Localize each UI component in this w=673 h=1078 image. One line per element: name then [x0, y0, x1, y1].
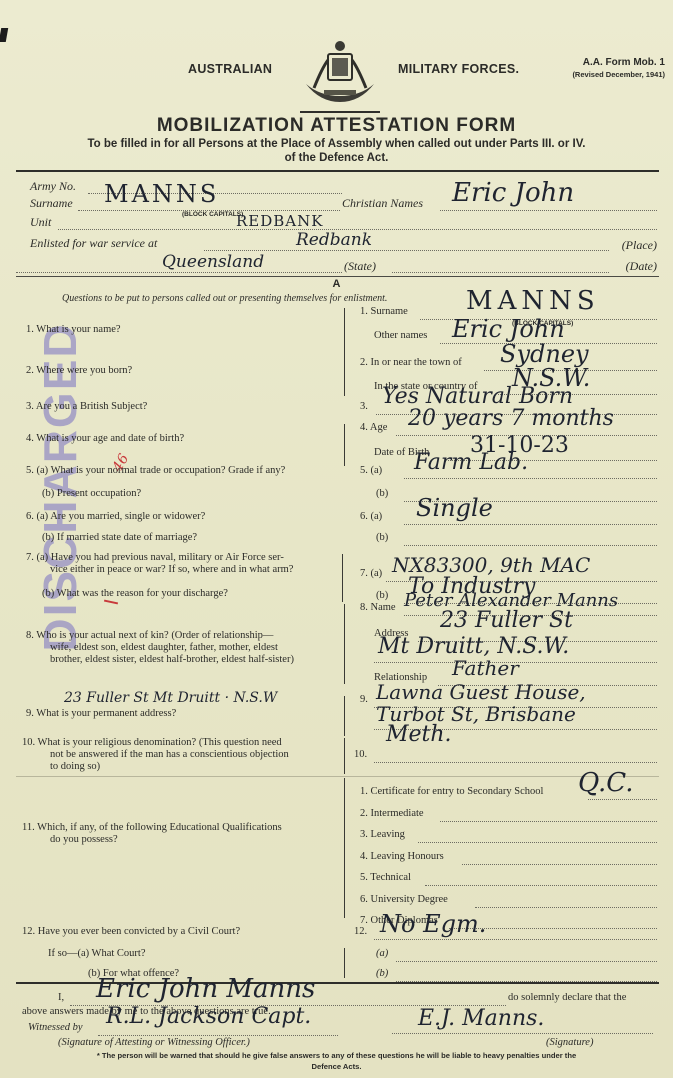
education-item-6-label: 6. University Degree [360, 894, 448, 905]
discharge-reason-label: (b) [376, 590, 388, 601]
other-names-value: Eric John [452, 315, 565, 343]
christian-names-value: Eric John [452, 178, 574, 208]
signature-value: E.J. Manns. [418, 1006, 544, 1031]
question-10-line-1: 10. What is your religious denomination?… [22, 737, 282, 748]
header-right-title: MILITARY FORCES. [398, 62, 519, 76]
surname-answer-label: 1. Surname [360, 306, 408, 317]
state-value: Queensland [162, 252, 264, 272]
header-rule [16, 170, 659, 172]
question-3: 3. Are you a British Subject? [26, 401, 147, 412]
surname-value: MANNS [104, 180, 219, 208]
british-subject-label: 3. [360, 401, 368, 412]
education-item-4-field[interactable] [462, 864, 657, 865]
religion-value: Meth. [386, 722, 452, 747]
surname-label: Surname [30, 196, 73, 211]
education-item-3-field[interactable] [418, 842, 657, 843]
question-4: 4. What is your age and date of birth? [26, 433, 184, 444]
question-2: 2. Where were you born? [26, 365, 132, 376]
army-no-label: Army No. [30, 179, 76, 194]
marital-status-value: Single [416, 494, 493, 522]
enlisted-place-field[interactable] [204, 250, 609, 251]
occupation-value: Farm Lab. [414, 450, 528, 475]
brace-1 [344, 308, 345, 360]
surname-answer-value: MANNS [466, 286, 600, 316]
question-6b: (b) If married state date of marriage? [42, 532, 197, 543]
page-title: MOBILIZATION ATTESTATION FORM [0, 115, 673, 137]
header-left-title: AUSTRALIAN [188, 62, 272, 76]
brace-11 [344, 778, 345, 918]
question-5b: (b) Present occupation? [42, 488, 141, 499]
signature-caption: (Signature) [546, 1037, 593, 1048]
identity-rule [16, 276, 659, 277]
red-dash-mark [104, 600, 118, 605]
question-7a-line-1: 7. (a) Have you had previous naval, mili… [26, 552, 284, 563]
question-8-line-3: brother, eldest sister, eldest half-brot… [50, 654, 294, 665]
marital-status-label: 6. (a) [360, 511, 382, 522]
declaration-i-label: I, [58, 992, 64, 1003]
marriage-date-label: (b) [376, 532, 388, 543]
next-of-kin-address-value-1: 23 Fuller St [440, 608, 573, 633]
court-label: (a) [376, 948, 388, 959]
marriage-date-field[interactable] [404, 545, 657, 546]
witnessed-by-label: Witnessed by [28, 1022, 83, 1033]
brace-9 [344, 696, 345, 736]
birth-town-label: 2. In or near the town of [360, 357, 462, 368]
education-item-1-field[interactable] [588, 799, 657, 800]
question-11-line-1: 11. Which, if any, of the following Educ… [22, 822, 282, 833]
place-label: (Place) [622, 238, 657, 253]
education-item-2-field[interactable] [440, 821, 657, 822]
present-occupation-label: (b) [376, 488, 388, 499]
binder-hole-mark [0, 28, 8, 42]
question-12: 12. Have you ever been convicted by a Ci… [22, 926, 240, 937]
question-5a: 5. (a) What is your normal trade or occu… [26, 465, 285, 476]
permanent-address-note: 23 Fuller St Mt Druitt · N.S.W [64, 690, 277, 706]
occupation-field[interactable] [404, 478, 657, 479]
education-item-2-label: 2. Intermediate [360, 808, 424, 819]
unit-value: REDBANK [236, 212, 323, 230]
next-of-kin-name-label: 8. Name [360, 602, 396, 613]
conviction-value: No Egm. [380, 910, 486, 938]
footnote-line-2: Defence Acts. [0, 1062, 673, 1071]
declaration-text-1: do solemnly declare that the [508, 992, 626, 1003]
age-label: 4. Age [360, 422, 387, 433]
unit-label: Unit [30, 215, 51, 230]
permanent-address-label: 9. [360, 694, 368, 705]
prior-service-label: 7. (a) [360, 568, 382, 579]
age-value: 20 years 7 months [408, 406, 614, 431]
brace-10 [344, 738, 345, 774]
relationship-value: Father [452, 656, 519, 680]
subtitle-line-1: To be filled in for all Persons at the P… [0, 138, 673, 150]
declaration-name-value: Eric John Manns [96, 974, 315, 1004]
footnote-line-1: * The person will be warned that should … [0, 1051, 673, 1060]
witness-caption: (Signature of Attesting or Witnessing Of… [58, 1037, 250, 1048]
date-label: (Date) [626, 259, 657, 274]
offence-label: (b) [376, 968, 388, 979]
brace-12 [344, 948, 345, 978]
education-item-1-label: 1. Certificate for entry to Secondary Sc… [360, 786, 543, 797]
question-7a-line-2: vice either in peace or war? If so, wher… [50, 564, 293, 575]
brace-2 [344, 356, 345, 396]
brace-7 [342, 554, 343, 602]
permanent-address-value-1: Lawna Guest House, [376, 680, 586, 704]
education-item-1-value: Q.C. [578, 768, 634, 798]
subtitle-line-2: of the Defence Act. [0, 152, 673, 164]
revised-date: (Revised December, 1941) [572, 70, 665, 79]
other-names-label: Other names [374, 330, 427, 341]
religion-field[interactable] [374, 762, 657, 763]
witness-signature-field[interactable] [98, 1035, 338, 1036]
title-divider [300, 111, 380, 113]
enlisted-place-value: Redbank [296, 230, 372, 250]
state-label: (State) [344, 259, 376, 274]
brace-8 [344, 604, 345, 684]
brace-4 [344, 424, 345, 466]
document-page: A.A. Form Mob. 1 (Revised December, 1941… [0, 0, 673, 1078]
education-item-5-field[interactable] [425, 885, 657, 886]
signature-field[interactable] [392, 1033, 653, 1034]
state-field[interactable] [16, 272, 342, 273]
education-item-5-label: 5. Technical [360, 872, 411, 883]
q10-divider [16, 776, 659, 777]
form-code: A.A. Form Mob. 1 [583, 57, 665, 68]
education-item-3-label: 3. Leaving [360, 829, 405, 840]
conviction-label: 12. [354, 926, 367, 937]
christian-names-field[interactable] [440, 210, 657, 211]
question-8-line-2: wife, eldest son, eldest daughter, fathe… [50, 642, 278, 653]
court-field[interactable] [396, 961, 657, 962]
conviction-field[interactable] [374, 939, 657, 940]
question-7b: (b) What was the reason for your dischar… [42, 588, 228, 599]
witness-signature-value: R.L. Jackson Capt. [106, 1004, 311, 1029]
christian-names-label: Christian Names [342, 196, 423, 211]
section-a-intro: Questions to be put to persons called ou… [62, 293, 387, 304]
occupation-label: 5. (a) [360, 465, 382, 476]
question-10-line-2: not be answered if the man has a conscie… [50, 749, 289, 760]
date-field[interactable] [392, 272, 609, 273]
block-capitals-note: (BLOCK CAPITALS) [182, 211, 243, 218]
enlisted-label: Enlisted for war service at [30, 236, 157, 251]
question-9: 9. What is your permanent address? [26, 708, 176, 719]
education-item-6-field[interactable] [475, 907, 657, 908]
question-8-line-1: 8. Who is your actual next of kin? (Orde… [26, 630, 273, 641]
question-1: 1. What is your name? [26, 324, 121, 335]
marital-status-field[interactable] [404, 524, 657, 525]
religion-label: 10. [354, 749, 367, 760]
question-12a: If so—(a) What Court? [48, 948, 145, 959]
coat-of-arms-icon [300, 38, 380, 104]
question-6a: 6. (a) Are you married, single or widowe… [26, 511, 205, 522]
question-10-line-3: to doing so) [50, 761, 100, 772]
education-item-4-label: 4. Leaving Honours [360, 851, 444, 862]
question-11-line-2: do you possess? [50, 834, 118, 845]
